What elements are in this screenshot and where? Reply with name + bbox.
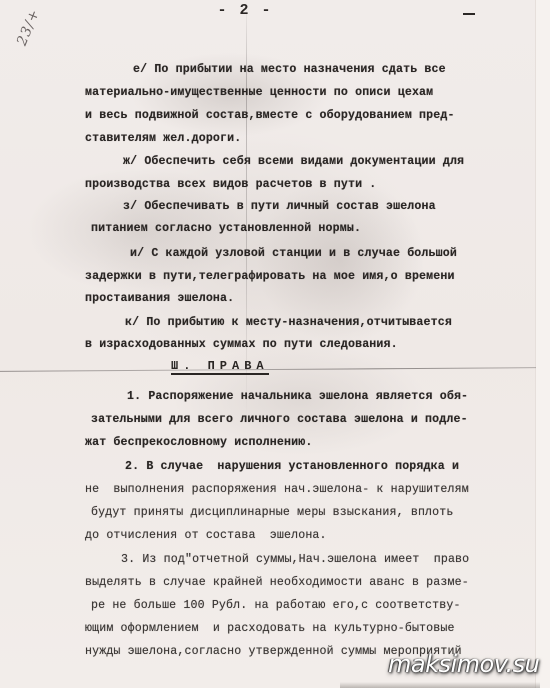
- text-line: зательными для всего личного состава эше…: [91, 413, 468, 426]
- text-line: в израсходованных суммах по пути следова…: [85, 338, 398, 351]
- text-line: ставителям жел.дороги.: [85, 132, 241, 145]
- text-line: жат беспрекословному исполнению.: [85, 436, 312, 449]
- text-line: 2. В случае нарушения установленного пор…: [125, 460, 459, 473]
- text-line: будут приняты дисциплинарные меры взыска…: [91, 506, 453, 519]
- section-heading: Ш. ПРАВА: [171, 359, 269, 375]
- text-line: ющим оформлением и расходовать на культу…: [85, 622, 455, 635]
- text-line: выделять в случае крайней необходимости …: [85, 576, 469, 589]
- text-line: ре не больше 100 Рубл. на работаю его,с …: [91, 599, 461, 612]
- text-line: до отчисления от состава эшелона.: [85, 529, 327, 542]
- text-line: 3. Из под"отчетной суммы,Нач.эшелона име…: [121, 553, 469, 566]
- text-line: производства всех видов расчетов в пути …: [85, 178, 376, 191]
- corner-mark: [463, 13, 475, 15]
- document-page: - 2 - 23/+ е/ По прибытии на место назна…: [0, 0, 550, 688]
- text-line: не выполнения распоряжения нач.эшелона- …: [85, 483, 469, 496]
- text-line: е/ По прибытии на место назначения сдать…: [133, 63, 446, 76]
- watermark: maksimov.su: [388, 650, 539, 678]
- text-line: 1. Распоряжение начальника эшелона являе…: [127, 390, 468, 403]
- text-line: материально-имущественные ценности по оп…: [85, 86, 433, 99]
- text-line: з/ Обеспечивать в пути личный состав эше…: [123, 200, 436, 213]
- text-line: задержки в пути,телеграфировать на мое и…: [85, 270, 455, 283]
- page-bottom-edge: [340, 682, 540, 688]
- text-line: простаивания эшелона.: [85, 292, 234, 305]
- text-line: к/ По прибытию к месту-назначения,отчиты…: [125, 316, 452, 329]
- page-number: - 2 -: [0, 2, 490, 19]
- page-edge: [535, 0, 550, 688]
- text-line: питанием согласно установленной нормы.: [91, 222, 361, 235]
- text-line: и весь подвижной состав,вместе с оборудо…: [85, 109, 455, 122]
- text-line: и/ С каждой узловой станции и в случае б…: [130, 247, 457, 260]
- text-line: ж/ Обеспечить себя всеми видами документ…: [123, 155, 464, 168]
